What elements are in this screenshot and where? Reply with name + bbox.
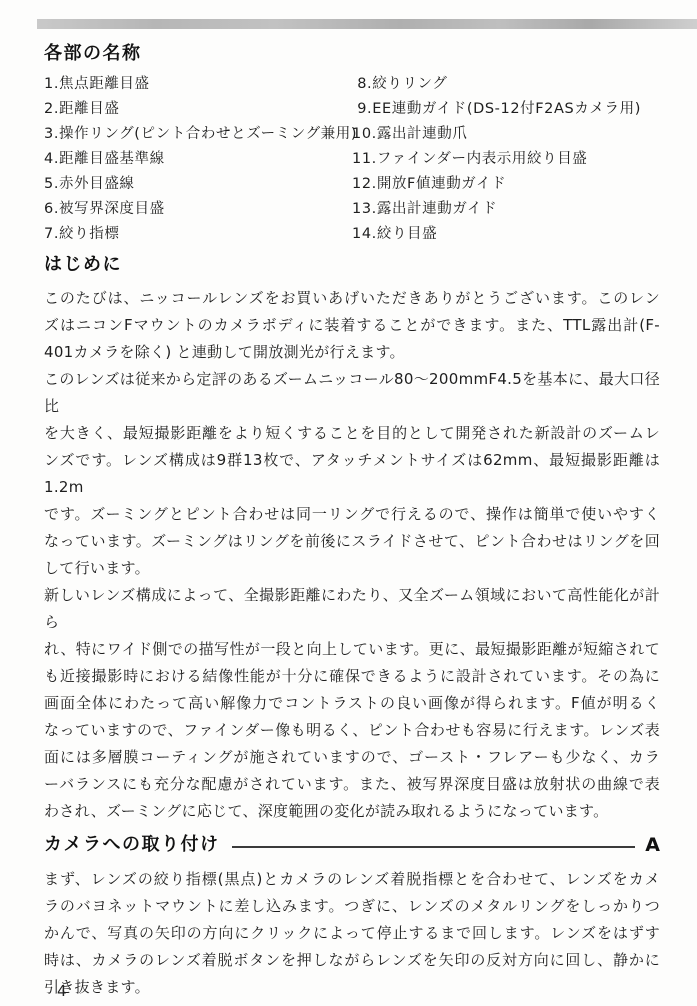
parts-item: 8.絞りリング	[352, 72, 660, 97]
parts-item: 4.距離目盛基準線	[44, 147, 352, 172]
parts-item: 6.被写界深度目盛	[44, 197, 352, 222]
parts-item: 7.絞り指標	[44, 222, 352, 247]
text-line: かんで、写真の矢印の方向にクリックによって停止するまで回します。レンズをはずす	[44, 920, 660, 947]
text-line: 新しいレンズ構成によって、全撮影距離にわたり、又全ズーム領域において高性能化が計…	[44, 582, 660, 636]
text-line: して行います。	[44, 555, 660, 582]
parts-item: 14.絞り目盛	[352, 222, 660, 247]
text-line: 画面全体にわたって高い解像力でコントラストの良い画像が得られます。F値が明るく	[44, 690, 660, 717]
section-heading-mounting-row: カメラへの取り付け A	[44, 834, 660, 856]
text-line: れ、特にワイド側での描写性が一段と向上しています。更に、最短撮影距離が短縮されて	[44, 636, 660, 663]
section-heading-intro: はじめに	[44, 255, 660, 275]
text-line: このレンズは従来から定評のあるズームニッコール80～200mmF4.5を基本に、…	[44, 366, 660, 420]
text-line: ーバランスにも充分な配慮がされています。また、被写界深度目盛は放射状の曲線で表	[44, 771, 660, 798]
parts-item: 9.EE連動ガイド(DS-12付F2ASカメラ用)	[352, 97, 660, 122]
section-heading-mounting: カメラへの取り付け	[44, 835, 220, 855]
parts-item: 3.操作リング(ピント合わせとズーミング兼用)	[44, 122, 352, 147]
text-line: です。ズーミングとピント合わせは同一リングで行えるので、操作は簡単で使いやすく	[44, 501, 660, 528]
text-line: なっていますので、ファインダー像も明るく、ピント合わせも容易に行えます。レンズ表	[44, 717, 660, 744]
page-content: 各部の名称 1.焦点距離目盛2.距離目盛3.操作リング(ピント合わせとズーミング…	[44, 0, 660, 1001]
intro-paragraph-2: このレンズは従来から定評のあるズームニッコール80～200mmF4.5を基本に、…	[44, 366, 660, 582]
text-line: このたびは、ニッコールレンズをお買いあげいただきありがとうございます。このレン	[44, 285, 660, 312]
section-heading-parts: 各部の名称	[44, 44, 660, 64]
text-line: ズはニコンFマウントのカメラボディに装着することができます。また、TTL露出計(…	[44, 312, 660, 339]
text-line: ラのバヨネットマウントに差し込みます。つぎに、レンズのメタルリングをしっかりつ	[44, 893, 660, 920]
text-line: 401カメラを除く) と連動して開放測光が行えます。	[44, 339, 660, 366]
text-line: 引き抜きます。	[44, 974, 660, 1001]
parts-list-right-column: 8.絞りリング 9.EE連動ガイド(DS-12付F2ASカメラ用)10.露出計連…	[352, 72, 660, 247]
parts-item: 1.焦点距離目盛	[44, 72, 352, 97]
parts-list: 1.焦点距離目盛2.距離目盛3.操作リング(ピント合わせとズーミング兼用)4.距…	[44, 72, 660, 247]
parts-item: 13.露出計連動ガイド	[352, 197, 660, 222]
text-line: 時は、カメラのレンズ着脱ボタンを押しながらレンズを矢印の反対方向に回し、静かに	[44, 947, 660, 974]
parts-item: 5.赤外目盛線	[44, 172, 352, 197]
heading-rule-line	[232, 846, 636, 848]
text-line: わされ、ズーミングに応じて、深度範囲の変化が読み取れるようになっています。	[44, 798, 660, 825]
parts-item: 10.露出計連動爪	[352, 122, 660, 147]
text-line: なっています。ズーミングはリングを前後にスライドさせて、ピント合わせはリングを回	[44, 528, 660, 555]
parts-item: 11.ファインダー内表示用絞り目盛	[352, 147, 660, 172]
intro-paragraph-1: このたびは、ニッコールレンズをお買いあげいただきありがとうございます。このレンズ…	[44, 285, 660, 366]
mounting-paragraph: まず、レンズの絞り指標(黒点)とカメラのレンズ着脱指標とを合わせて、レンズをカメ…	[44, 866, 660, 1001]
section-marker-a: A	[645, 834, 660, 856]
text-line: ンズです。レンズ構成は9群13枚で、アタッチメントサイズは62mm、最短撮影距離…	[44, 447, 660, 501]
text-line: 面には多層膜コーティングが施されていますので、ゴースト・フレアーも少なく、カラ	[44, 744, 660, 771]
manual-page: 各部の名称 1.焦点距離目盛2.距離目盛3.操作リング(ピント合わせとズーミング…	[0, 0, 697, 1006]
text-line: まず、レンズの絞り指標(黒点)とカメラのレンズ着脱指標とを合わせて、レンズをカメ	[44, 866, 660, 893]
text-line: を大きく、最短撮影距離をより短くすることを目的として開発された新設計のズームレ	[44, 420, 660, 447]
intro-paragraph-3: 新しいレンズ構成によって、全撮影距離にわたり、又全ズーム領域において高性能化が計…	[44, 582, 660, 825]
page-number: 4	[57, 982, 67, 1000]
parts-list-left-column: 1.焦点距離目盛2.距離目盛3.操作リング(ピント合わせとズーミング兼用)4.距…	[44, 72, 352, 247]
text-line: も近接撮影時における結像性能が十分に確保できるように設計されています。その為に	[44, 663, 660, 690]
parts-item: 12.開放F値連動ガイド	[352, 172, 660, 197]
parts-item: 2.距離目盛	[44, 97, 352, 122]
